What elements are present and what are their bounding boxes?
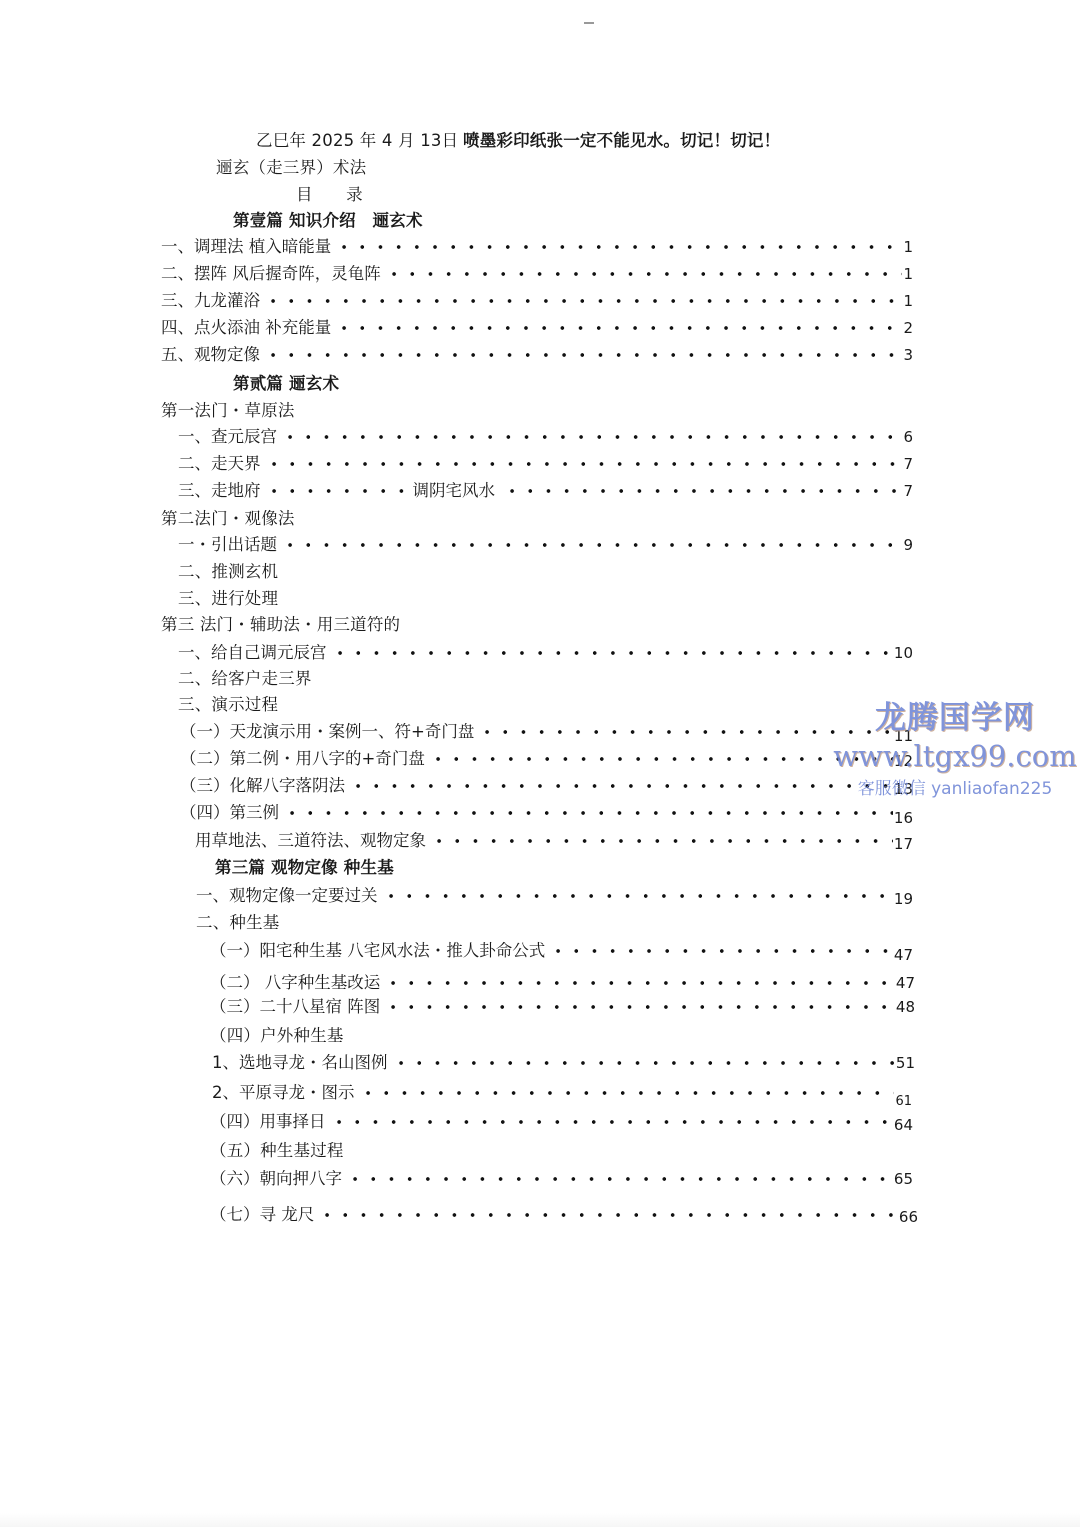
page-number: 64: [893, 1114, 913, 1136]
toc-entry[interactable]: 一・引出话题9: [178, 534, 913, 556]
toc-label: （六）朝向押八字: [210, 1168, 342, 1190]
toc-title: 目 录: [296, 184, 363, 206]
toc-label: （三）二十八星宿 阵图: [210, 996, 380, 1018]
page-number: 2: [902, 317, 913, 339]
dot-leader: [381, 263, 903, 285]
toc-label[interactable]: 二、推测玄机: [178, 561, 278, 583]
dot-leader: [331, 317, 902, 339]
page-number: 65: [893, 1168, 913, 1190]
page-number: 16: [893, 807, 913, 829]
page-number: 66: [898, 1206, 918, 1228]
toc-entry[interactable]: （七）寻 龙尺66: [210, 1204, 918, 1226]
toc-entry[interactable]: 一、给自己调元辰宫10: [178, 642, 913, 664]
page-number: 1: [902, 236, 913, 258]
dot-leader: [326, 1111, 893, 1133]
toc-entry[interactable]: （一）天龙演示用・案例一、符+奇门盘11: [180, 721, 913, 743]
page-number: 61: [894, 1091, 912, 1113]
toc-entry[interactable]: 五、观物定像3: [161, 344, 913, 366]
dot-leader: [380, 972, 895, 994]
scan-mark: [584, 22, 594, 24]
section-heading-1: 第壹篇 知识介绍 逦玄术: [233, 210, 423, 232]
toc-label: 五、观物定像: [161, 344, 260, 366]
dot-leader: [355, 1082, 895, 1104]
dot-leader: [345, 775, 893, 797]
toc-label[interactable]: 二、种生基: [196, 912, 280, 934]
toc-entry[interactable]: 三、九龙灌浴1: [161, 290, 913, 312]
toc-label: （一）天龙演示用・案例一、符+奇门盘: [180, 721, 474, 743]
toc-entry[interactable]: （六）朝向押八字65: [210, 1168, 913, 1190]
toc-label[interactable]: 三、进行处理: [178, 588, 278, 610]
dot-leader: [378, 885, 893, 907]
toc-label: 四、点火添油 补充能量: [161, 317, 331, 339]
toc-label: 三、九龙灌浴: [161, 290, 260, 312]
date-line: 乙巳年 2025 年 4 月 13日: [256, 130, 458, 152]
dot-leader: [261, 480, 409, 502]
dot-leader: [327, 642, 893, 664]
toc-label: 一、观物定像一定要过关: [196, 885, 378, 907]
toc-entry[interactable]: （四）用事择日64: [210, 1111, 913, 1133]
toc-label[interactable]: （四）户外种生基: [210, 1025, 344, 1047]
dot-leader: [279, 802, 893, 824]
section-heading-3: 第三篇 观物定像 种生基: [215, 857, 394, 879]
dot-leader: [277, 534, 902, 556]
toc-label: 三、走地府: [178, 480, 261, 502]
toc-label: 1、选地寻龙・名山图例: [212, 1052, 388, 1074]
toc-entry[interactable]: 1、选地寻龙・名山图例51: [212, 1052, 915, 1074]
toc-entry[interactable]: 二、摆阵 风后握奇阵，灵龟阵1: [161, 263, 913, 285]
page-number: 7: [902, 480, 913, 502]
page-number: 6: [902, 426, 913, 448]
watermark: 龙腾国学网 www.ltgx99.com 客服微信 yanliaofan225: [830, 700, 1080, 802]
page-number: 1: [902, 290, 913, 312]
dot-leader: [260, 290, 902, 312]
toc-entry[interactable]: 用草地法、三道符法、观物定象17: [195, 830, 913, 852]
dot-leader: [342, 1168, 893, 1190]
page-number: 10: [893, 642, 913, 664]
dot-leader: [380, 996, 895, 1018]
section-heading-2: 第贰篇 逦玄术: [233, 373, 339, 395]
scan-edge: [0, 1513, 1080, 1527]
page-number: 47: [895, 972, 915, 994]
page-number: 47: [893, 944, 913, 966]
watermark-title: 龙腾国学网: [830, 700, 1080, 736]
dot-leader: [261, 453, 903, 475]
dot-leader: [388, 1052, 895, 1074]
dot-leader: [277, 426, 902, 448]
method-title: 第三 法门・辅助法・用三道符的: [161, 614, 400, 636]
toc-label: 2、平原寻龙・图示: [212, 1082, 355, 1104]
toc-entry[interactable]: （一）阳宅种生基 八宅风水法・推人卦命公式47: [210, 940, 913, 962]
toc-entry[interactable]: 2、平原寻龙・图示61: [212, 1082, 912, 1104]
toc-entry[interactable]: （四）第三例16: [180, 802, 913, 824]
toc-entry[interactable]: 一、查元辰宫6: [178, 426, 913, 448]
page-number: 7: [902, 453, 913, 475]
toc-entry[interactable]: 二、走天界7: [178, 453, 913, 475]
toc-entry[interactable]: （三）二十八星宿 阵图48: [210, 996, 915, 1018]
watermark-contact: 客服微信 yanliaofan225: [830, 776, 1080, 802]
dot-leader: [314, 1204, 898, 1226]
page-number: 48: [895, 996, 915, 1018]
toc-label: （七）寻 龙尺: [210, 1204, 314, 1226]
watermark-url: www.ltgx99.com: [830, 736, 1080, 776]
dot-leader: [260, 344, 902, 366]
toc-label: 一、调理法 植入暗能量: [161, 236, 331, 258]
toc-label: （四）第三例: [180, 802, 279, 824]
toc-label: 用草地法、三道符法、观物定象: [195, 830, 426, 852]
page-number: 3: [902, 344, 913, 366]
toc-mid-label: 调阴宅风水: [409, 480, 500, 502]
toc-label: 一、查元辰宫: [178, 426, 277, 448]
document-page: 乙巳年 2025 年 4 月 13日 喷墨彩印纸张一定不能见水。切记！切记！ 逦…: [0, 0, 1080, 1527]
toc-label[interactable]: （五）种生基过程: [210, 1140, 344, 1162]
toc-entry[interactable]: （三）化解八字落阴法13: [180, 775, 913, 797]
toc-entry[interactable]: 一、调理法 植入暗能量1: [161, 236, 913, 258]
toc-label: （一）阳宅种生基 八宅风水法・推人卦命公式: [210, 940, 545, 962]
page-number: 17: [893, 833, 913, 855]
toc-label[interactable]: 二、给客户走三界: [178, 668, 312, 690]
toc-entry[interactable]: （二） 八字种生基改运47: [210, 972, 915, 994]
print-warning: 喷墨彩印纸张一定不能见水。切记！切记！: [463, 130, 780, 152]
toc-label[interactable]: 三、演示过程: [178, 694, 278, 716]
dot-leader: [499, 480, 902, 502]
dot-leader: [426, 830, 893, 852]
page-number: 9: [902, 534, 913, 556]
dot-leader: [545, 940, 893, 962]
toc-label: 二、摆阵 风后握奇阵，灵龟阵: [161, 263, 381, 285]
toc-label: （三）化解八字落阴法: [180, 775, 345, 797]
method-title: 第二法门・观像法: [161, 508, 295, 530]
book-title: 逦玄（走三界）术法: [216, 157, 366, 179]
dot-leader: [425, 748, 893, 770]
page-number: 51: [895, 1052, 915, 1074]
toc-entry[interactable]: （二）第二例・用八字的+奇门盘12: [180, 748, 913, 770]
toc-entry[interactable]: 一、观物定像一定要过关19: [196, 885, 913, 907]
page-number: 19: [893, 888, 913, 910]
dot-leader: [331, 236, 902, 258]
method-title: 第一法门・草原法: [161, 400, 295, 422]
toc-label: （四）用事择日: [210, 1111, 326, 1133]
toc-label: （二）第二例・用八字的+奇门盘: [180, 748, 425, 770]
toc-label: 一、给自己调元辰宫: [178, 642, 327, 664]
toc-label: （二） 八字种生基改运: [210, 972, 380, 994]
toc-entry[interactable]: 四、点火添油 补充能量2: [161, 317, 913, 339]
toc-label: 二、走天界: [178, 453, 261, 475]
page-number: 1: [902, 263, 913, 285]
toc-entry[interactable]: 三、走地府调阴宅风水7: [178, 480, 913, 502]
toc-label: 一・引出话题: [178, 534, 277, 556]
